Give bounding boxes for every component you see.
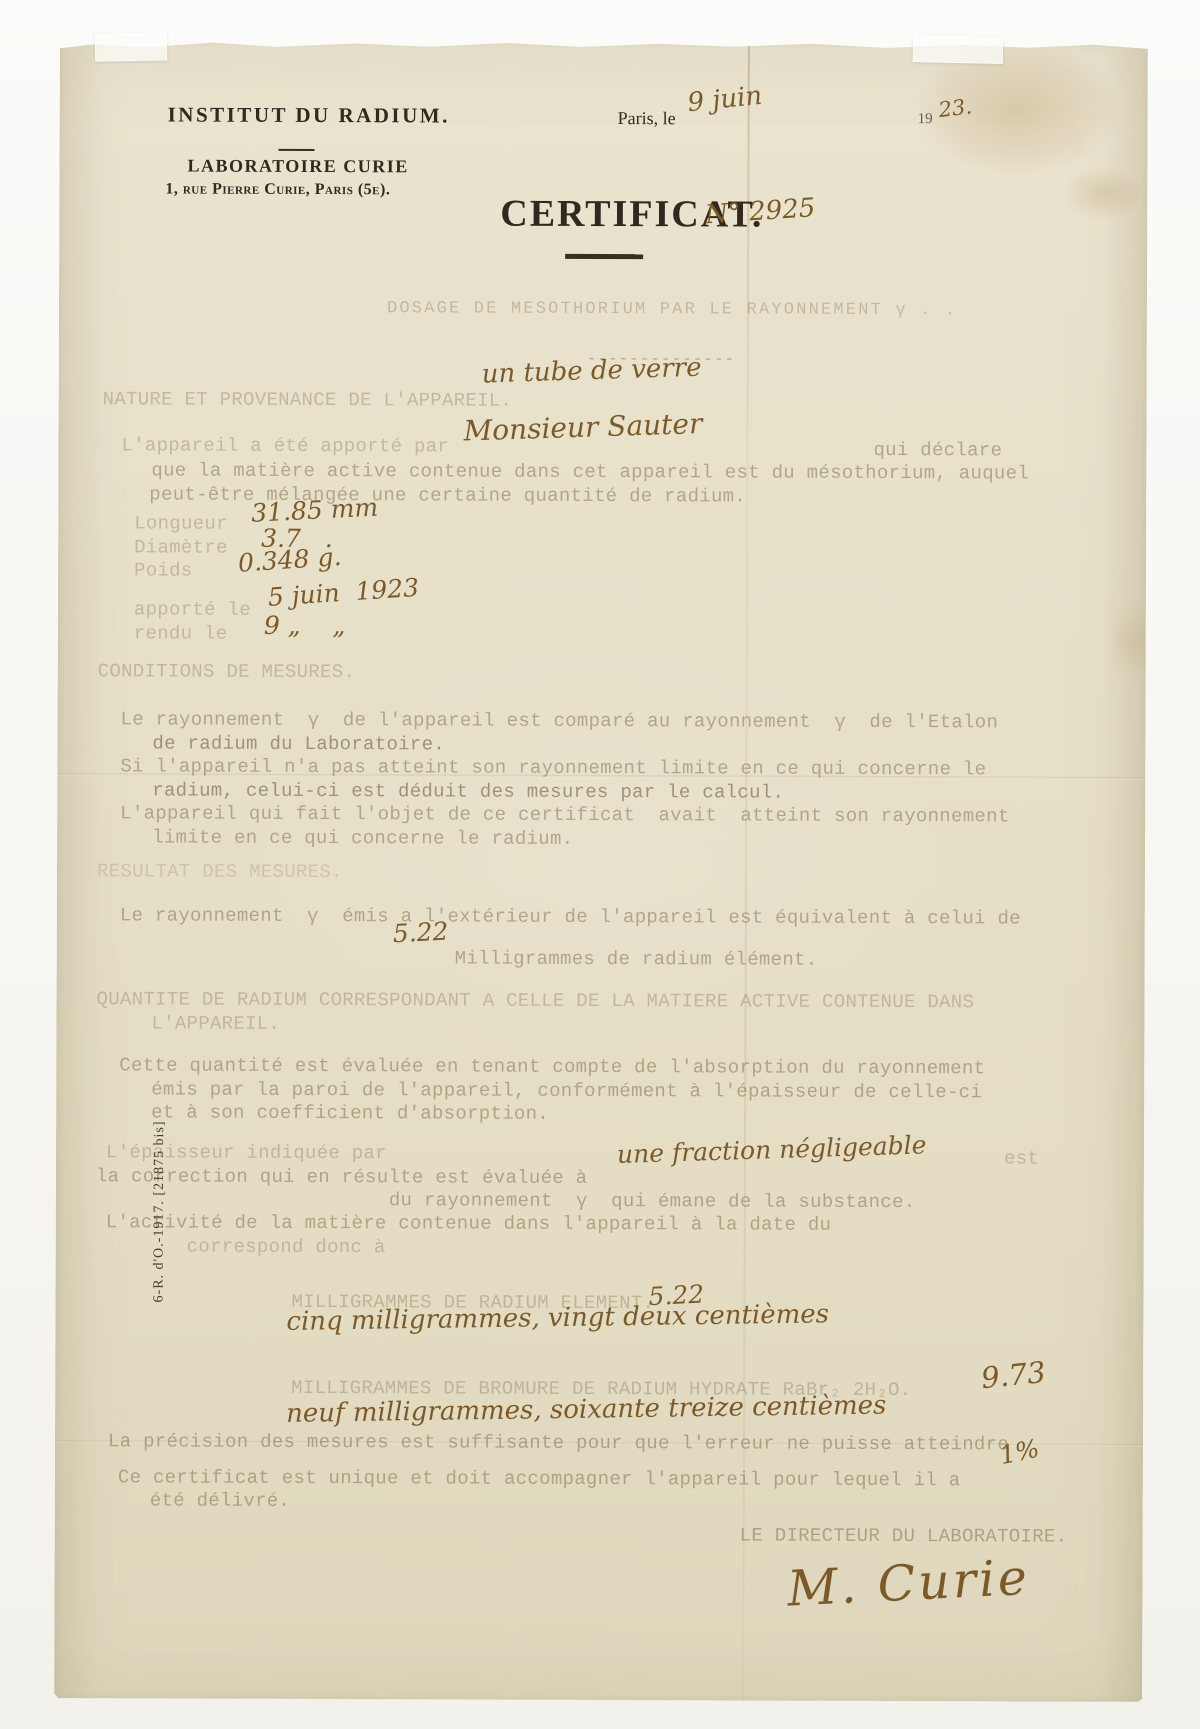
- weight-label: Poids: [134, 559, 193, 581]
- length-label: Longueur: [134, 512, 228, 534]
- director-line: LE DIRECTEUR DU LABORATOIRE.: [740, 1524, 1068, 1547]
- dateline-place: Paris, le: [618, 108, 676, 129]
- form-reference-margin-note: 6-R. d'O.-1917. [21875 bis]: [151, 1120, 168, 1302]
- quantity-heading-1: QUANTITE DE RADIUM CORRESPONDANT A CELLE…: [97, 988, 975, 1013]
- dateline-day-handwritten: 9 juin: [686, 81, 763, 118]
- bringer-handwritten: Monsieur Sauter: [463, 407, 703, 447]
- declares-words: qui déclare: [873, 439, 1002, 461]
- declaration-line-2: que la matière active contenue dans cet …: [151, 459, 1029, 484]
- brought-date-handwritten: 5 juin 1923: [267, 573, 420, 612]
- letterhead-address: 1, rue Pierre Curie, Paris (5e).: [165, 180, 390, 199]
- conditions-line-1: Le rayonnement γ de l'appareil est compa…: [120, 708, 998, 733]
- quantity-line-5: la correction qui en résulte est évaluée…: [96, 1165, 588, 1189]
- conditions-line-6: limite en ce qui concerne le radium.: [152, 826, 573, 849]
- quantity-line-7: L'activité de la matière contenue dans l…: [106, 1211, 832, 1236]
- object-handwritten: un tube de verre: [481, 353, 702, 390]
- bromide-amount-value-handwritten: 9.73: [980, 1355, 1048, 1395]
- quantity-line-8: correspond donc à: [187, 1236, 386, 1259]
- quantity-line-3: et à son coefficient d'absorption.: [151, 1101, 549, 1124]
- letterhead-institute: INSTITUT DU RADIUM.: [168, 102, 450, 128]
- paper-sheet: INSTITUT DU RADIUM. LABORATOIRE CURIE 1,…: [54, 40, 1148, 1702]
- dateline-year-handwritten: 23.: [937, 94, 973, 122]
- letterhead-laboratory: LABORATOIRE CURIE: [187, 156, 408, 178]
- quantity-line-1: Cette quantité est évaluée en tenant com…: [119, 1054, 985, 1079]
- certificate-number-handwritten: N° 2925: [704, 193, 816, 230]
- results-line-2: Milligrammes de radium élément.: [455, 947, 818, 970]
- signature-m-curie: M. Curie: [786, 1549, 1031, 1618]
- diameter-label: Diamètre: [134, 536, 228, 558]
- precision-line: La précision des mesures est suffisante …: [108, 1430, 1009, 1455]
- returned-date-handwritten: 9 „ „: [264, 611, 346, 640]
- declaration-line-3: peut-être mélangée une certaine quantité…: [149, 483, 746, 507]
- length-handwritten: 31.85 mm: [251, 493, 379, 528]
- title-underline: [565, 254, 643, 259]
- dateline-year-printed: 19: [918, 111, 933, 128]
- closing-line-2: été délivré.: [150, 1489, 291, 1511]
- quantity-line-4: L'épaisseur indiquée par: [106, 1141, 387, 1164]
- weight-handwritten: 0.348 g.: [237, 542, 342, 578]
- est-word: est: [1004, 1147, 1039, 1169]
- nature-heading: NATURE ET PROVENANCE DE L'APPAREIL.: [103, 388, 513, 411]
- brought-by-line: L'appareil a été apporté par: [121, 434, 449, 457]
- document-photo: INSTITUT DU RADIUM. LABORATOIRE CURIE 1,…: [0, 0, 1200, 1729]
- closing-line-1: Ce certificat est unique et doit accompa…: [118, 1466, 961, 1491]
- quantity-line-2: émis par la paroi de l'appareil, conform…: [151, 1078, 982, 1103]
- results-line-1: Le rayonnement γ émis a l'extérieur de l…: [120, 904, 1021, 929]
- quantity-heading-2: L'APPAREIL.: [151, 1012, 280, 1034]
- quantity-line-6: du rayonnement γ qui émane de la substan…: [389, 1189, 916, 1213]
- radium-amount-words-handwritten: cinq milligrammes, vingt deux centièmes: [286, 1299, 829, 1337]
- tape-top-right: [913, 35, 1004, 64]
- tape-top-left: [95, 32, 167, 61]
- results-heading: RESULTAT DES MESURES.: [97, 860, 343, 883]
- subject-line: DOSAGE DE MESOTHORIUM PAR LE RAYONNEMENT…: [387, 299, 958, 320]
- conditions-line-3: Si l'appareil n'a pas atteint son rayonn…: [120, 755, 986, 780]
- returned-label: rendu le: [134, 622, 228, 644]
- conditions-line-5: L'appareil qui fait l'objet de ce certif…: [120, 802, 1009, 827]
- conditions-line-4: radium, celui-ci est déduit des mesures …: [152, 779, 784, 803]
- fraction-handwritten: une fraction négligeable: [617, 1130, 927, 1169]
- conditions-heading: CONDITIONS DE MESURES.: [98, 660, 356, 683]
- brought-label: apporté le: [134, 598, 251, 620]
- conditions-line-2: de radium du Laboratoire.: [152, 732, 445, 755]
- letterhead-rule: [279, 149, 315, 151]
- results-value-handwritten: 5.22: [392, 917, 449, 949]
